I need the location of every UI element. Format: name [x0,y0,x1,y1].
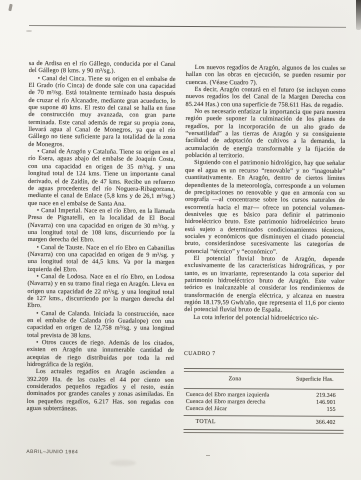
table-cell-superficie: 155 [290,406,344,413]
table-header-zona: Zona [184,376,286,384]
paragraph: • Canal de Aragón y Cataluña. Tiene su o… [28,148,175,208]
paragraph: • Canal del Cinca. Tiene su origen en el… [28,75,175,149]
left-column: sa de Ardisa en el río Gállego, conducid… [27,60,176,413]
table-header-superficie: Superficie Has. [286,377,344,385]
paragraph: Los nuevos regadíos de Aragón, algunos d… [186,64,346,87]
table-header-row: Zona Superficie Has. [184,372,344,388]
paragraph: El potencial fluvial bruto de Aragón, de… [184,255,344,315]
scanned-page: sa de Ardisa en el río Gállego, conducid… [0,0,361,480]
paragraph: Los actuales regadíos en Aragón asciende… [27,368,174,413]
right-column: Los nuevos regadíos de Aragón, algunos d… [184,64,346,434]
footer-date: ABRIL–JUNIO 1984 [26,450,78,455]
header-rule [29,25,346,28]
table-total-value: 366.402 [290,420,344,428]
paragraph: No es necesario enfatizar la importancia… [185,108,345,160]
table-bottom-rule [184,429,344,434]
paragraph: Siguiendo con el patrimonio hidrológico,… [185,159,346,255]
paragraph: La cota inferior del potencial hidroeléc… [184,314,344,322]
scan-edge-artifact [356,0,361,30]
table-total-label: TOTAL [184,419,290,427]
cuadro-7-table: CUADRO 7 Zona Superficie Has. Cuenca del… [184,351,344,434]
paragraph: Es decir, Aragón contará en el futuro (s… [186,86,346,109]
table-total-row: TOTAL 366.402 [184,416,344,430]
scan-speck [26,30,32,32]
paragraph: • Canal Imperial. Nace en el río Ebro, e… [28,207,175,245]
paragraph: • Otros cauces de riego. Además de los c… [27,339,174,369]
paragraph: sa de Ardisa en el río Gállego, conducid… [29,60,176,76]
table-body: Cuenca del Ebro margen izquierda219.346C… [184,389,344,416]
paragraph: • Canal de Tauste. Nace en el río Ebro e… [28,244,175,274]
right-column-text: Los nuevos regadíos de Aragón, algunos d… [184,64,346,322]
page-content: sa de Ardisa en el río Gállego, conducid… [0,0,361,480]
table-row: Cuenca del Júcar155 [184,406,344,414]
table-caption: CUADRO 7 [184,351,344,359]
scan-smudge [110,460,136,466]
table-cell-zona: Cuenca del Júcar [184,406,290,414]
scan-speck [206,455,210,456]
paragraph: • Canal de Lodosa. Nace en el río Ebro, … [27,273,174,311]
paragraph: • Canal de Calanda. Iniciada la construc… [27,310,174,340]
